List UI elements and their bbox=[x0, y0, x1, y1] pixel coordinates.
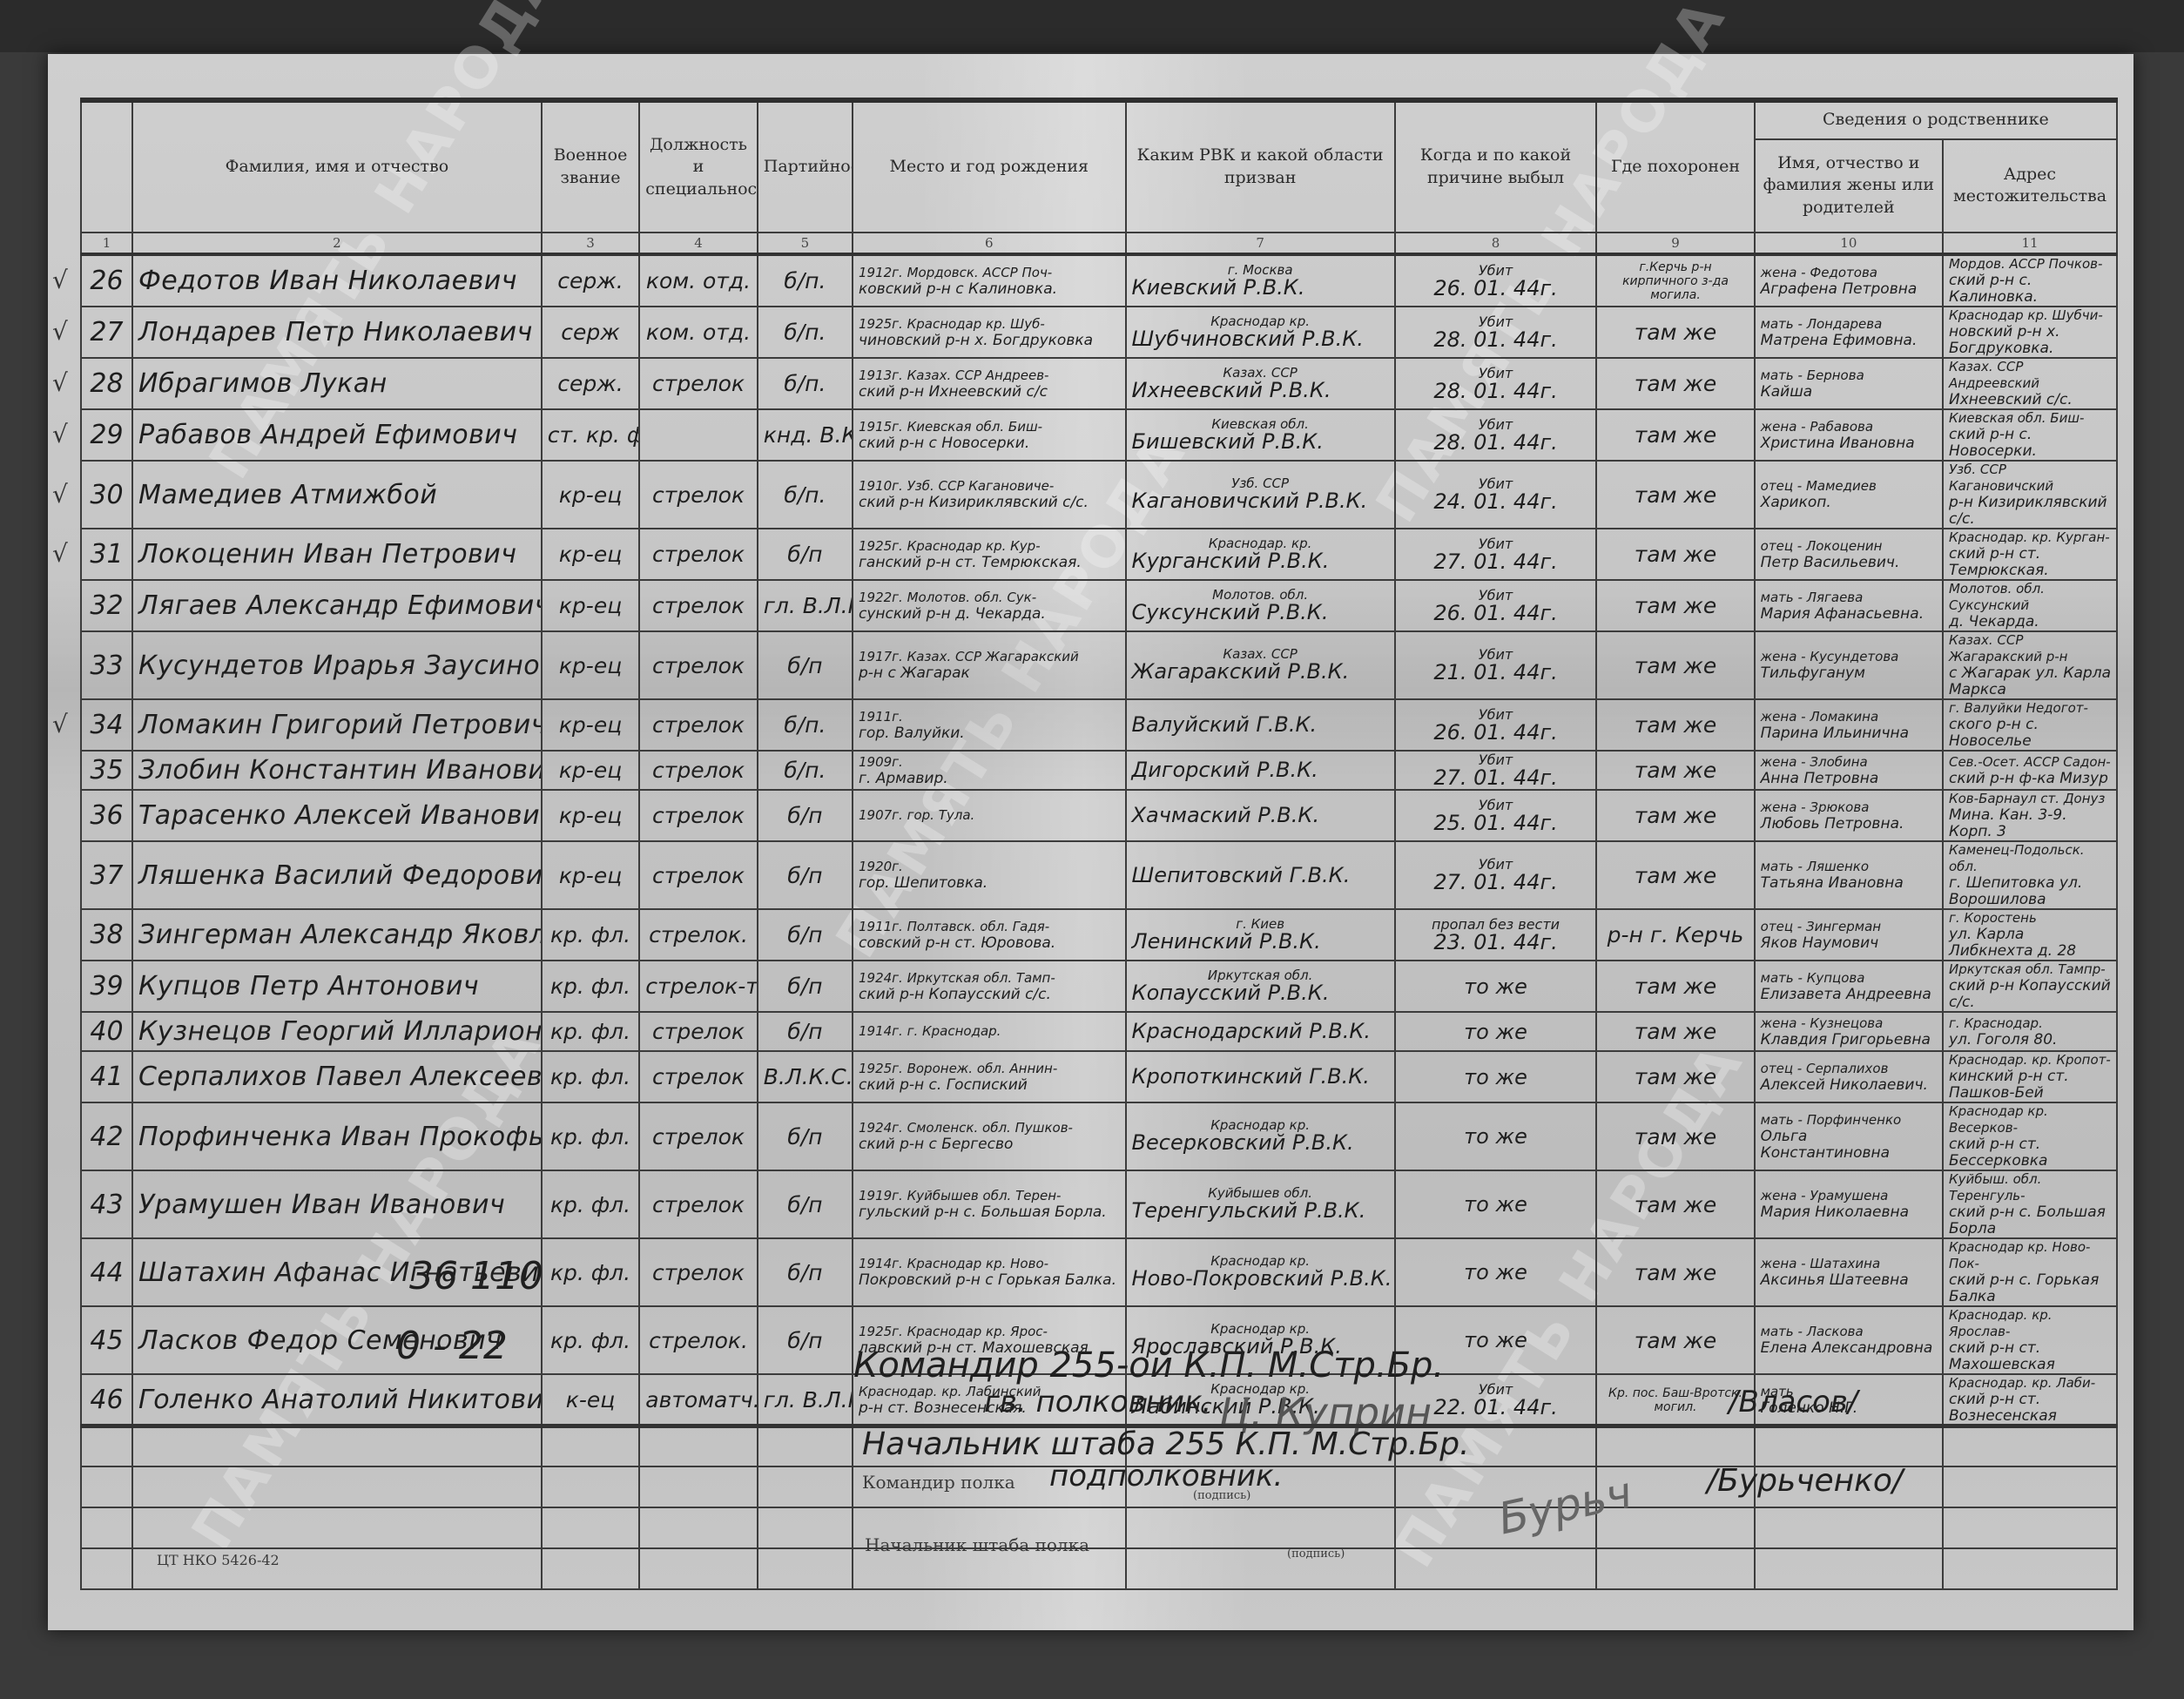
party-membership: б/п bbox=[758, 909, 853, 961]
relative-name: жена - ЗлобинаАнна Петровна bbox=[1755, 751, 1943, 790]
row-number: 33 bbox=[81, 631, 132, 699]
birth-place-year: 1913г. Казах. ССР Андреев-ский р-н Ихнее… bbox=[853, 358, 1126, 409]
relative-address: Краснодар кр. Ново-Пок-ский р-н с. Горьк… bbox=[1943, 1238, 2117, 1306]
birth-place-year: 1914г. Краснодар кр. Ново-Покровский р-н… bbox=[853, 1238, 1126, 1306]
address-line-2: ский р-н с. Новосерки. bbox=[1949, 427, 2111, 460]
birth-place-year: 1925г. Краснодар кр. Шуб-чиновский р-н х… bbox=[853, 307, 1126, 358]
military-rank: к-ец bbox=[542, 1374, 640, 1426]
birth-line-2: совский р-н ст. Юровова. bbox=[859, 935, 1120, 952]
row-number-text: 34 bbox=[90, 710, 123, 740]
blank-row bbox=[81, 1548, 2117, 1589]
birth-place-year: 1925г. Воронеж. обл. Аннин-ский р-н с. Г… bbox=[853, 1051, 1126, 1102]
conscription-office: Молотов. обл.Суксунский Р.В.К. bbox=[1126, 580, 1395, 631]
birth-line-1: 1913г. Казах. ССР Андреев- bbox=[859, 367, 1120, 384]
position: стрелок bbox=[639, 580, 757, 631]
position: стрелок bbox=[639, 1102, 757, 1170]
rvk-name: Теренгульский Р.В.К. bbox=[1132, 1200, 1389, 1222]
blank-cell bbox=[639, 1466, 757, 1507]
birth-line-1: 1925г. Краснодар кр. Кур- bbox=[859, 538, 1120, 555]
conscription-office: Хачмаский Р.В.К. bbox=[1126, 790, 1395, 841]
birth-line-2: ганский р-н ст. Темрюкская. bbox=[859, 555, 1120, 571]
conscription-office: г. МоскваКиевский Р.В.К. bbox=[1126, 254, 1395, 307]
death-date-cause: Убит28. 01. 44г. bbox=[1395, 409, 1597, 461]
death-date: то же bbox=[1401, 976, 1591, 997]
rvk-name: Кагановичский Р.В.К. bbox=[1132, 490, 1389, 512]
death-date-cause: Убит21. 01. 44г. bbox=[1395, 631, 1597, 699]
birth-place-year: 1924г. Иркутская обл. Тамп-ский р-н Копа… bbox=[853, 961, 1126, 1012]
checkmark-icon: √ bbox=[52, 266, 68, 294]
tally-line-1: 36 110 bbox=[409, 1254, 543, 1298]
death-date: 27. 01. 44г. bbox=[1401, 551, 1591, 572]
relative-address: Киевская обл. Биш-ский р-н с. Новосерки. bbox=[1943, 409, 2117, 461]
blank-cell bbox=[81, 1507, 132, 1548]
burial-place: там же bbox=[1596, 461, 1754, 529]
conscription-office: г. КиевЛенинский Р.В.К. bbox=[1126, 909, 1395, 961]
relative-line-1: мать - Бернова bbox=[1761, 367, 1937, 384]
table-row: 35Злобин Константин Ивановичкр-ецстрелок… bbox=[81, 751, 2117, 790]
blank-cell bbox=[542, 1507, 640, 1548]
death-date: то же bbox=[1401, 1194, 1591, 1215]
address-line-2: г. Шепитовка ул. Ворошилова bbox=[1949, 875, 2111, 908]
burial-place: там же bbox=[1596, 358, 1754, 409]
row-number: 42 bbox=[81, 1102, 132, 1170]
row-number-text: 27 bbox=[90, 317, 123, 347]
party-membership: б/п bbox=[758, 1238, 853, 1306]
birth-line-2: гор. Валуйки. bbox=[859, 725, 1120, 742]
relative-line-1: мать - Лондарева bbox=[1761, 316, 1937, 333]
table-row: 43Урамушен Иван Ивановичкр. фл.стрелокб/… bbox=[81, 1170, 2117, 1238]
burial-place: там же bbox=[1596, 1238, 1754, 1306]
conscription-office: Валуйский Г.В.К. bbox=[1126, 699, 1395, 751]
checkmark-icon: √ bbox=[52, 420, 68, 448]
relative-name: жена - ШатахинаАксинья Шатеевна bbox=[1755, 1238, 1943, 1306]
tally-line-2: 0 - 22 bbox=[396, 1324, 508, 1368]
address-line-1: Ков-Барнаул ст. Донуз bbox=[1949, 791, 2111, 807]
birth-place-year: 1912г. Мордовск. АССР Поч-ковский р-н с … bbox=[853, 254, 1126, 307]
death-date: 21. 01. 44г. bbox=[1401, 662, 1591, 683]
burial-place: там же bbox=[1596, 699, 1754, 751]
death-date: 27. 01. 44г. bbox=[1401, 767, 1591, 788]
row-number: √27 bbox=[81, 307, 132, 358]
military-rank: кр-ец bbox=[542, 461, 640, 529]
rvk-name: Ново-Покровский Р.В.К. bbox=[1132, 1268, 1389, 1290]
birth-place-year: 1924г. Смоленск. обл. Пушков-ский р-н с … bbox=[853, 1102, 1126, 1170]
address-line-1: Мордов. АССР Почков- bbox=[1949, 256, 2111, 273]
relative-line-1: жена - Ломакина bbox=[1761, 709, 1937, 725]
relative-line-2: Харикоп. bbox=[1761, 495, 1937, 511]
conscription-office: Куйбышев обл.Теренгульский Р.В.К. bbox=[1126, 1170, 1395, 1238]
relative-line-2: Парина Ильинична bbox=[1761, 725, 1937, 742]
burial-place: там же bbox=[1596, 1102, 1754, 1170]
relative-name: жена - КусундетоваТильфуганум bbox=[1755, 631, 1943, 699]
checkmark-icon: √ bbox=[52, 710, 68, 738]
death-date-cause: то же bbox=[1395, 1102, 1597, 1170]
column-number: 3 bbox=[542, 233, 640, 254]
soldier-name: Мамедиев Атмижбой bbox=[132, 461, 542, 529]
row-number: 40 bbox=[81, 1012, 132, 1051]
chief-name: /Бурьченко/ bbox=[1707, 1463, 1903, 1499]
conscription-office: Казах. ССРЖагаракский Р.В.К. bbox=[1126, 631, 1395, 699]
blank-cell bbox=[1943, 1507, 2117, 1548]
relative-address: Краснодар кр. Шубчи-новский р-н х. Богдр… bbox=[1943, 307, 2117, 358]
commander-name: /Власов/ bbox=[1729, 1385, 1857, 1419]
death-date: то же bbox=[1401, 1067, 1591, 1088]
row-number-text: 39 bbox=[90, 971, 123, 1001]
address-line-2: р-н Кизириклявский с/с. bbox=[1949, 495, 2111, 528]
blank-cell bbox=[758, 1507, 853, 1548]
relative-line-1: мать - Купцова bbox=[1761, 970, 1937, 987]
table-row: √27Лондарев Петр Николаевичсержком. отд.… bbox=[81, 307, 2117, 358]
table-row: 41Серпалихов Павел Алексеевичкр. фл.стре… bbox=[81, 1051, 2117, 1102]
row-number-text: 32 bbox=[90, 590, 123, 621]
death-date-cause: Убит26. 01. 44г. bbox=[1395, 580, 1597, 631]
conscription-office: Дигорский Р.В.К. bbox=[1126, 751, 1395, 790]
party-membership: б/п bbox=[758, 529, 853, 580]
address-line-1: Узб. ССР Кагановичский bbox=[1949, 462, 2111, 495]
blank-cell bbox=[132, 1507, 542, 1548]
relative-line-2: Алексей Николаевич. bbox=[1761, 1077, 1937, 1094]
relative-name: отец - ЗингерманЯков Наумович bbox=[1755, 909, 1943, 961]
address-line-2: ский р-н ст. Вознесенская bbox=[1949, 1392, 2111, 1425]
address-line-1: Краснодар. кр. Лаби- bbox=[1949, 1375, 2111, 1392]
birth-place-year: 1911г.гор. Валуйки. bbox=[853, 699, 1126, 751]
death-date-cause: пропал без вести23. 01. 44г. bbox=[1395, 909, 1597, 961]
address-line-2: кинский р-н ст. Пашков-Бей bbox=[1949, 1069, 2111, 1102]
relative-name: жена - ЛомакинаПарина Ильинична bbox=[1755, 699, 1943, 751]
military-rank: серж. bbox=[542, 358, 640, 409]
relative-name: мать - ПорфинченкоОльга Константиновна bbox=[1755, 1102, 1943, 1170]
military-rank: серж bbox=[542, 307, 640, 358]
birth-place-year: 1909г.г. Армавир. bbox=[853, 751, 1126, 790]
party-membership: б/п. bbox=[758, 751, 853, 790]
birth-line-1: 1915г. Киевская обл. Биш- bbox=[859, 419, 1120, 435]
birth-place-year: 1914г. г. Краснодар. bbox=[853, 1012, 1126, 1051]
scan-frame bbox=[0, 0, 2184, 52]
death-date-cause: то же bbox=[1395, 1012, 1597, 1051]
row-number-text: 29 bbox=[90, 420, 123, 450]
birth-place-year: 1922г. Молотов. обл. Сук-сунский р-н д. … bbox=[853, 580, 1126, 631]
birth-line-2: сунский р-н д. Чекарда. bbox=[859, 606, 1120, 623]
position: ком. отд. bbox=[639, 254, 757, 307]
address-line-1: Казах. ССР Андреевский bbox=[1949, 359, 2111, 392]
row-number: 35 bbox=[81, 751, 132, 790]
address-line-1: Молотов. обл. Суксунский bbox=[1949, 581, 2111, 614]
position: стрелок bbox=[639, 699, 757, 751]
relative-name: отец - ЛокоценинПетр Васильевич. bbox=[1755, 529, 1943, 580]
soldier-name: Лягаев Александр Ефимович bbox=[132, 580, 542, 631]
birth-line-1: 1914г. Краснодар кр. Ново- bbox=[859, 1256, 1120, 1272]
header-rvk: Каким РВК и какой области призван bbox=[1126, 100, 1395, 233]
position: стрелок. bbox=[639, 1306, 757, 1374]
relative-line-1: мать - Лягаева bbox=[1761, 590, 1937, 606]
row-number-text: 26 bbox=[90, 266, 123, 296]
party-membership: б/п bbox=[758, 1012, 853, 1051]
chief-title: Начальник штаба 255 К.П. М.Стр.Бр. bbox=[862, 1426, 1470, 1462]
row-number: 46 bbox=[81, 1374, 132, 1426]
position: стрелок bbox=[639, 790, 757, 841]
table-row: 39Купцов Петр Антоновичкр. фл.стрелок-те… bbox=[81, 961, 2117, 1012]
burial-place: г.Керчь р-н кирпичного з-да могила. bbox=[1596, 254, 1754, 307]
party-membership: б/п bbox=[758, 1170, 853, 1238]
birth-line-1: 1925г. Краснодар кр. Ярос- bbox=[859, 1324, 1120, 1340]
birth-place-year: 1910г. Узб. ССР Кагановиче-ский р-н Кизи… bbox=[853, 461, 1126, 529]
death-date-cause: то же bbox=[1395, 1238, 1597, 1306]
table-row: 37Ляшенка Василий Федоровичкр-ецстрелокб… bbox=[81, 841, 2117, 909]
printed-commander-label: Командир полка bbox=[862, 1472, 1015, 1493]
relative-address: г. Коростеньул. Карла Либкнехта д. 28 bbox=[1943, 909, 2117, 961]
relative-line-2: Елизавета Андреевна bbox=[1761, 987, 1937, 1003]
relative-address: Краснодар. кр. Курган-ский р-н ст. Темрю… bbox=[1943, 529, 2117, 580]
burial-place: там же bbox=[1596, 631, 1754, 699]
party-membership: б/п bbox=[758, 841, 853, 909]
blank-cell bbox=[1126, 1507, 1395, 1548]
row-number: √30 bbox=[81, 461, 132, 529]
row-number-text: 38 bbox=[90, 920, 123, 950]
blank-cell bbox=[542, 1466, 640, 1507]
relative-line-2: Анна Петровна bbox=[1761, 771, 1937, 787]
party-membership: б/п. bbox=[758, 254, 853, 307]
blank-cell bbox=[758, 1548, 853, 1589]
death-date: 26. 01. 44г. bbox=[1401, 603, 1591, 624]
row-number: 36 bbox=[81, 790, 132, 841]
birth-line-1: 1920г. bbox=[859, 859, 1120, 875]
address-line-2: д. Чекарда. bbox=[1949, 614, 2111, 630]
soldier-name: Локоценин Иван Петрович bbox=[132, 529, 542, 580]
birth-line-2: ковский р-н с Калиновка. bbox=[859, 281, 1120, 298]
birth-line-1: 1909г. bbox=[859, 754, 1120, 771]
row-number-text: 44 bbox=[90, 1257, 123, 1288]
relative-address: Куйбыш. обл. Теренгуль-ский р-н с. Больш… bbox=[1943, 1170, 2117, 1238]
row-number-text: 37 bbox=[90, 860, 123, 891]
rvk-name: Ленинский Р.В.К. bbox=[1132, 931, 1389, 953]
death-date-cause: Убит28. 01. 44г. bbox=[1395, 358, 1597, 409]
relative-address: Ков-Барнаул ст. ДонузМина. Кан. 3-9. Кор… bbox=[1943, 790, 2117, 841]
birth-line-1: 1924г. Смоленск. обл. Пушков- bbox=[859, 1120, 1120, 1136]
relative-line-1: жена - Кусундетова bbox=[1761, 649, 1937, 665]
relative-line-1: жена - Рабавова bbox=[1761, 419, 1937, 435]
military-rank: кр-ец bbox=[542, 699, 640, 751]
address-line-2: ский р-н ст. Махошевская bbox=[1949, 1340, 2111, 1373]
burial-place: р-н г. Керчь bbox=[1596, 909, 1754, 961]
death-date: то же bbox=[1401, 1021, 1591, 1042]
blank-cell bbox=[132, 1466, 542, 1507]
birth-line-2: ский р-н Кизириклявский с/с. bbox=[859, 495, 1120, 511]
birth-line-2: ский р-н Ихнеевский с/с bbox=[859, 384, 1120, 401]
birth-line-2: гульский р-н с. Большая Борла. bbox=[859, 1204, 1120, 1221]
birth-line-1: 1911г. Полтавск. обл. Гадя- bbox=[859, 919, 1120, 935]
address-line-1: г. Коростень bbox=[1949, 910, 2111, 927]
position: автоматч. bbox=[639, 1374, 757, 1426]
blank-cell bbox=[542, 1548, 640, 1589]
party-membership: В.Л.К.С.М. bbox=[758, 1051, 853, 1102]
relative-line-2: Матрена Ефимовна. bbox=[1761, 333, 1937, 349]
header-burial: Где похоронен bbox=[1596, 100, 1754, 233]
birth-line-2: гор. Шепитовка. bbox=[859, 875, 1120, 892]
conscription-office: Шепитовский Г.В.К. bbox=[1126, 841, 1395, 909]
relative-address: Краснодар. кр. Кропот-кинский р-н ст. Па… bbox=[1943, 1051, 2117, 1102]
conscription-office: Краснодар кр.Ново-Покровский Р.В.К. bbox=[1126, 1238, 1395, 1306]
table-row: √31Локоценин Иван Петровичкр-ецстрелокб/… bbox=[81, 529, 2117, 580]
rvk-name: Курганский Р.В.К. bbox=[1132, 550, 1389, 572]
row-number: 43 bbox=[81, 1170, 132, 1238]
military-rank: кр. фл. bbox=[542, 909, 640, 961]
soldier-name: Тарасенко Алексей Иванович bbox=[132, 790, 542, 841]
row-number-text: 45 bbox=[90, 1325, 123, 1356]
table-row: √30Мамедиев Атмижбойкр-ецстрелокб/п.1910… bbox=[81, 461, 2117, 529]
party-membership: гл. В.Л.К.С.М. bbox=[758, 1374, 853, 1426]
row-number: 38 bbox=[81, 909, 132, 961]
relative-line-1: отец - Зингерман bbox=[1761, 919, 1937, 935]
relative-line-2: Аксинья Шатеевна bbox=[1761, 1272, 1937, 1289]
military-rank: кр. фл. bbox=[542, 1306, 640, 1374]
blank-cell bbox=[81, 1426, 132, 1466]
header-death: Когда и по какой причине выбыл bbox=[1395, 100, 1597, 233]
column-number: 2 bbox=[132, 233, 542, 254]
position: стрелок. bbox=[639, 909, 757, 961]
birth-line-1: 1911г. bbox=[859, 709, 1120, 725]
row-number-text: 28 bbox=[90, 368, 123, 399]
row-number-text: 35 bbox=[90, 755, 123, 785]
military-rank: кр. фл. bbox=[542, 1238, 640, 1306]
military-rank: кр. фл. bbox=[542, 1051, 640, 1102]
birth-place-year: 1915г. Киевская обл. Биш-ский р-н с Ново… bbox=[853, 409, 1126, 461]
column-number: 8 bbox=[1395, 233, 1597, 254]
blank-cell bbox=[639, 1426, 757, 1466]
checkmark-icon: √ bbox=[52, 317, 68, 346]
death-date: 26. 01. 44г. bbox=[1401, 722, 1591, 743]
row-number-text: 40 bbox=[90, 1016, 123, 1047]
blank-cell bbox=[1943, 1426, 2117, 1466]
relative-line-1: жена - Зрюкова bbox=[1761, 799, 1937, 816]
column-number: 9 bbox=[1596, 233, 1754, 254]
burial-place: там же bbox=[1596, 580, 1754, 631]
blank-cell bbox=[1596, 1548, 1754, 1589]
printed-sign-label: (подпись) bbox=[1193, 1489, 1250, 1502]
relative-address: Краснодар кр. Весерков-ский р-н ст. Бесс… bbox=[1943, 1102, 2117, 1170]
relative-name: мать - КупцоваЕлизавета Андреевна bbox=[1755, 961, 1943, 1012]
relative-name: мать - БерноваКайша bbox=[1755, 358, 1943, 409]
row-number: 41 bbox=[81, 1051, 132, 1102]
rvk-name: Дигорский Р.В.К. bbox=[1132, 759, 1389, 781]
relative-name: отец - СерпалиховАлексей Николаевич. bbox=[1755, 1051, 1943, 1102]
conscription-office: Краснодар кр.Шубчиновский Р.В.К. bbox=[1126, 307, 1395, 358]
death-date-cause: то же bbox=[1395, 1170, 1597, 1238]
death-date-cause: Убит28. 01. 44г. bbox=[1395, 307, 1597, 358]
birth-line-1: 1912г. Мордовск. АССР Поч- bbox=[859, 265, 1120, 281]
conscription-office: Иркутская обл.Копаусский Р.В.К. bbox=[1126, 961, 1395, 1012]
death-date: 25. 01. 44г. bbox=[1401, 812, 1591, 833]
party-membership: б/п. bbox=[758, 699, 853, 751]
birth-line-2: р-н с Жагарак bbox=[859, 665, 1120, 682]
relative-address: Иркутская обл. Тампр-ский р-н Копаусский… bbox=[1943, 961, 2117, 1012]
military-rank: кр-ец bbox=[542, 790, 640, 841]
military-rank: кр-ец bbox=[542, 841, 640, 909]
column-number: 11 bbox=[1943, 233, 2117, 254]
row-number-text: 42 bbox=[90, 1122, 123, 1152]
commander-rank: гв. полковник. bbox=[984, 1385, 1211, 1419]
rvk-name: Кропоткинский Г.В.К. bbox=[1132, 1066, 1389, 1088]
row-number: √29 bbox=[81, 409, 132, 461]
conscription-office: Киевская обл.Бишевский Р.В.К. bbox=[1126, 409, 1395, 461]
burial-place: там же bbox=[1596, 961, 1754, 1012]
relative-address: Казах. ССР Жагаракский р-нс Жагарак ул. … bbox=[1943, 631, 2117, 699]
relative-line-1: мать - Ляшенко bbox=[1761, 859, 1937, 875]
address-line-2: ский р-н ф-ка Мизур bbox=[1949, 771, 2111, 787]
soldier-name: Голенко Анатолий Никитович bbox=[132, 1374, 542, 1426]
relative-name: мать - ЛяшенкоТатьяна Ивановна bbox=[1755, 841, 1943, 909]
header-position: Должность и специальность bbox=[639, 100, 757, 233]
relative-line-1: мать - Порфинченко bbox=[1761, 1112, 1937, 1129]
soldier-name: Лондарев Петр Николаевич bbox=[132, 307, 542, 358]
blank-cell bbox=[81, 1548, 132, 1589]
relative-address: Мордов. АССР Почков-ский р-н с. Калиновк… bbox=[1943, 254, 2117, 307]
relative-name: отец - МамедиевХарикоп. bbox=[1755, 461, 1943, 529]
party-membership: б/п bbox=[758, 790, 853, 841]
position: стрелок bbox=[639, 529, 757, 580]
address-line-1: Иркутская обл. Тампр- bbox=[1949, 961, 2111, 978]
relative-name: жена - ФедотоваАграфена Петровна bbox=[1755, 254, 1943, 307]
conscription-office: Узб. ССРКагановичский Р.В.К. bbox=[1126, 461, 1395, 529]
rvk-name: Суксунский Р.В.К. bbox=[1132, 602, 1389, 624]
party-membership: кнд. В.К.П.(б) bbox=[758, 409, 853, 461]
party-membership: б/п. bbox=[758, 461, 853, 529]
relative-line-2: Елена Александровна bbox=[1761, 1340, 1937, 1357]
burial-place: там же bbox=[1596, 409, 1754, 461]
relative-address: Краснодар. кр. Ярослав-ский р-н ст. Махо… bbox=[1943, 1306, 2117, 1374]
birth-line-1: 1925г. Воронеж. обл. Аннин- bbox=[859, 1061, 1120, 1077]
checkmark-icon: √ bbox=[52, 480, 68, 509]
table-row: 36Тарасенко Алексей Ивановичкр-ецстрелок… bbox=[81, 790, 2117, 841]
row-number: 37 bbox=[81, 841, 132, 909]
military-rank: кр. фл. bbox=[542, 1170, 640, 1238]
header-name: Фамилия, имя и отчество bbox=[132, 100, 542, 233]
relative-line-2: Любовь Петровна. bbox=[1761, 816, 1937, 833]
relative-address: г. Краснодар.ул. Гоголя 80. bbox=[1943, 1012, 2117, 1051]
rvk-name: Валуйский Г.В.К. bbox=[1132, 714, 1389, 736]
position: стрелок bbox=[639, 631, 757, 699]
birth-line-1: 1907г. гор. Тула. bbox=[859, 807, 1120, 824]
burial-place: там же bbox=[1596, 1051, 1754, 1102]
burial-place: там же bbox=[1596, 1306, 1754, 1374]
death-date: 26. 01. 44г. bbox=[1401, 278, 1591, 299]
birth-line-2: ский р-н с Новосерки. bbox=[859, 435, 1120, 452]
row-number-text: 41 bbox=[90, 1062, 123, 1092]
printed-chief-label: Начальник штаба полка bbox=[865, 1534, 1089, 1555]
address-line-1: Краснодар. кр. Кропот- bbox=[1949, 1052, 2111, 1069]
relative-line-2: Яков Наумович bbox=[1761, 935, 1937, 952]
blank-cell bbox=[1755, 1548, 1943, 1589]
row-number: 45 bbox=[81, 1306, 132, 1374]
soldier-name: Федотов Иван Николаевич bbox=[132, 254, 542, 307]
relative-name: мать - ЛягаеваМария Афанасьевна. bbox=[1755, 580, 1943, 631]
address-line-1: Краснодар кр. Весерков- bbox=[1949, 1103, 2111, 1136]
soldier-name: Кусундетов Ирарья Заусинович bbox=[132, 631, 542, 699]
death-date-cause: Убит27. 01. 44г. bbox=[1395, 529, 1597, 580]
row-number: 44 bbox=[81, 1238, 132, 1306]
party-membership: б/п. bbox=[758, 358, 853, 409]
table-row: 33Кусундетов Ирарья Заусиновичкр-ецстрел… bbox=[81, 631, 2117, 699]
blank-cell bbox=[1596, 1426, 1754, 1466]
party-membership: б/п bbox=[758, 1102, 853, 1170]
military-rank: кр. фл. bbox=[542, 961, 640, 1012]
death-date: 24. 01. 44г. bbox=[1401, 491, 1591, 512]
address-line-1: Краснодар. кр. Курган- bbox=[1949, 529, 2111, 546]
death-date: 28. 01. 44г. bbox=[1401, 432, 1591, 453]
position: стрелок bbox=[639, 1170, 757, 1238]
blank-cell bbox=[1943, 1466, 2117, 1507]
relative-line-1: мать - Ласкова bbox=[1761, 1324, 1937, 1340]
rvk-name: Бишевский Р.В.К. bbox=[1132, 431, 1389, 453]
